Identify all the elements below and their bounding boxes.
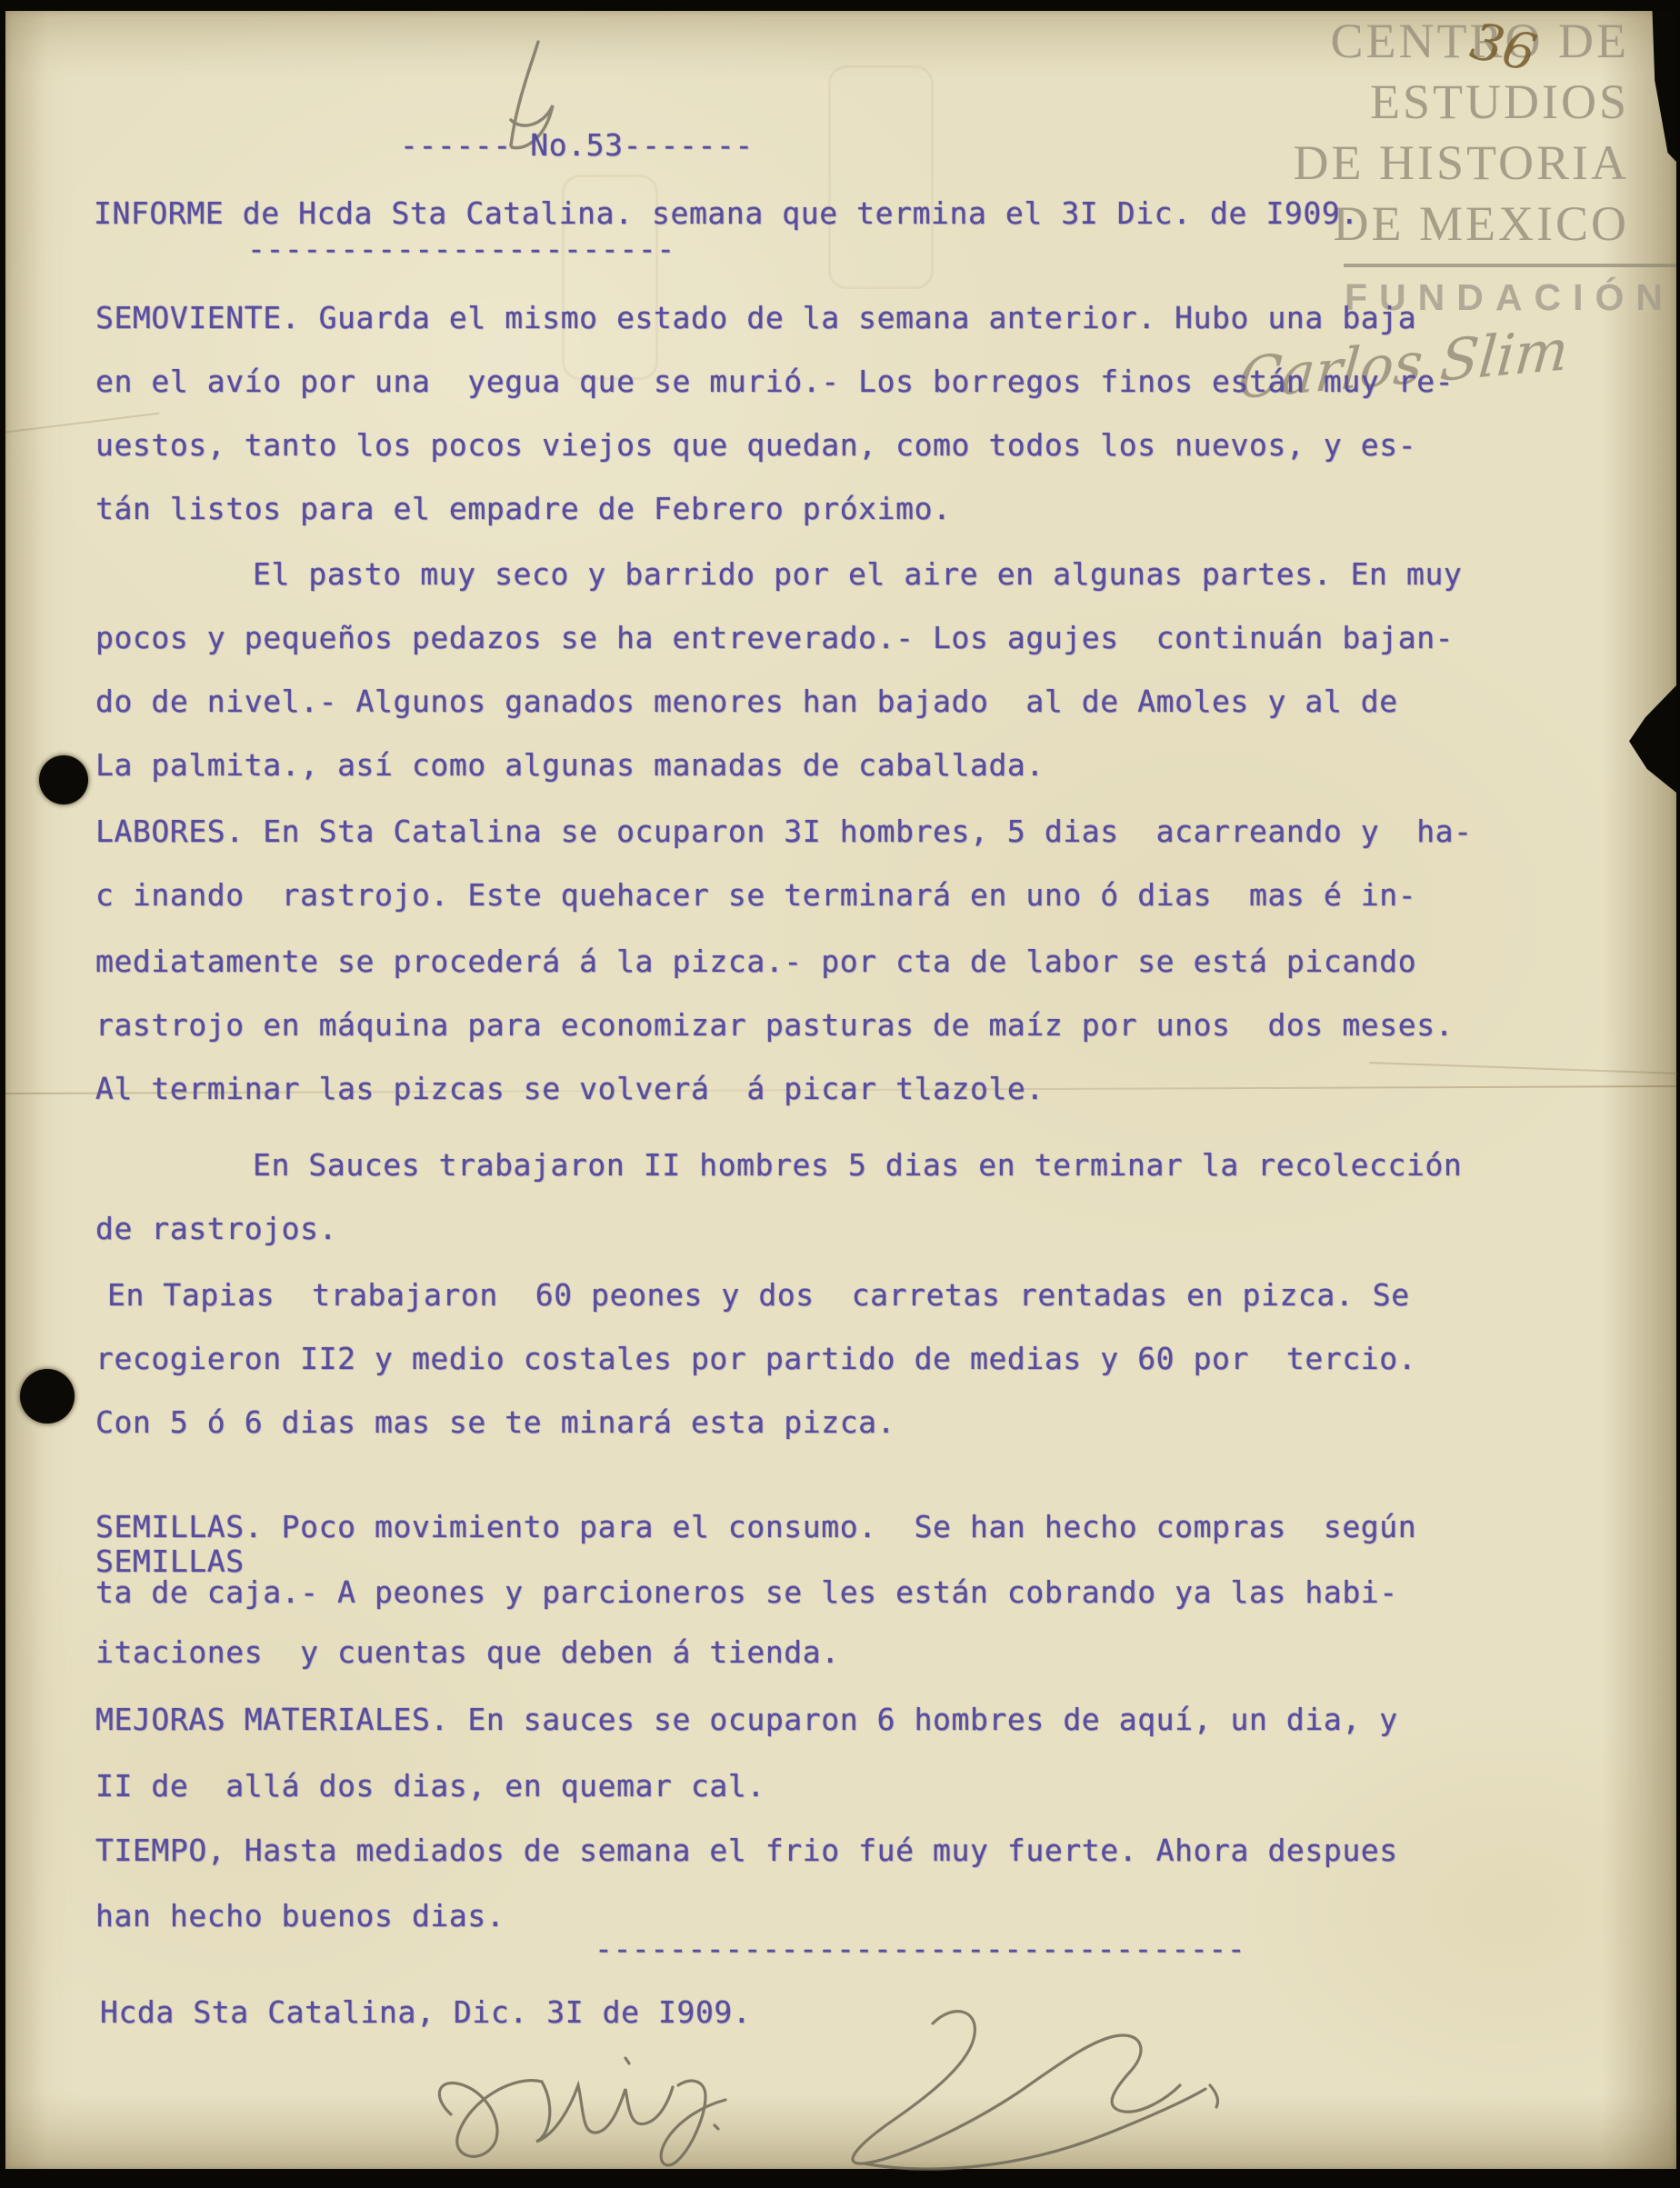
typed-line: de rastrojos. — [95, 1211, 337, 1246]
handwritten-signature — [387, 1998, 1242, 2169]
typed-line: han hecho buenos dias. — [95, 1898, 505, 1933]
watermark-line: DE MEXICO — [1334, 194, 1629, 255]
typed-line: uestos, tanto los pocos viejos que queda… — [95, 427, 1416, 463]
photo-backdrop: CENTRO DE ESTUDIOS DE HISTORIA DE MEXICO… — [0, 0, 1680, 2188]
typed-line: SEMOVIENTE. Guarda el mismo estado de la… — [95, 300, 1416, 335]
typed-line: itaciones y cuentas que deben á tienda. — [95, 1634, 840, 1670]
typed-line: tán listos para el empadre de Febrero pr… — [95, 491, 952, 526]
typed-line: MEJORAS MATERIALES. En sauces se ocuparo… — [95, 1702, 1398, 1737]
title-underline: ----------------------- — [247, 231, 675, 266]
typed-line: En Tapias trabajaron 60 peones y dos car… — [107, 1277, 1410, 1313]
closing-rule: ----------------------------------- — [595, 1931, 1245, 1966]
typed-line: II de allá dos dias, en quemar cal. — [95, 1768, 765, 1803]
typed-line: c inando rastrojo. Este quehacer se term… — [95, 877, 1416, 913]
ghost-stamp — [828, 65, 934, 289]
typed-line: ta de caja.- A peones y parcioneros se l… — [95, 1574, 1398, 1610]
typed-line: Al terminar las pizcas se volverá á pica… — [95, 1071, 1045, 1106]
typed-line: recogieron II2 y medio costales por part… — [95, 1341, 1416, 1376]
typed-line: SEMILLAS. Poco movimiento para el consum… — [95, 1509, 1416, 1544]
typed-line: El pasto muy seco y barrido por el aire … — [253, 556, 1462, 592]
typed-line: LABORES. En Sta Catalina se ocuparon 3I … — [95, 814, 1473, 849]
punch-hole — [39, 755, 88, 804]
typed-line: La palmita., así como algunas manadas de… — [95, 747, 1045, 783]
watermark-line: ESTUDIOS — [1370, 72, 1629, 133]
report-number: ------ No.53------- — [400, 127, 754, 163]
typed-line: do de nivel.- Algunos ganados menores ha… — [95, 684, 1398, 719]
watermark-line: DE HISTORIA — [1294, 133, 1630, 194]
typed-line: En Sauces trabajaron II hombres 5 dias e… — [253, 1147, 1462, 1183]
typed-line: pocos y pequeños pedazos se ha entrevera… — [95, 620, 1454, 655]
torn-corner-shadow — [1645, 11, 1676, 162]
fold-crease — [1369, 1062, 1678, 1074]
watermark-rule — [1344, 264, 1676, 267]
typed-line: Con 5 ó 6 dias mas se te minará esta piz… — [95, 1404, 895, 1440]
document-page: CENTRO DE ESTUDIOS DE HISTORIA DE MEXICO… — [5, 11, 1676, 2169]
typed-line: en el avío por una yegua que se murió.- … — [95, 364, 1454, 399]
report-title: INFORME de Hcda Sta Catalina. semana que… — [94, 195, 1359, 231]
typed-line: TIEMPO, Hasta mediados de semana el frio… — [95, 1833, 1398, 1868]
edge-tear-notch — [1629, 685, 1676, 793]
typed-line: mediatamente se procederá á la pizca.- p… — [95, 944, 1416, 979]
typed-line: rastrojo en máquina para economizar past… — [95, 1007, 1454, 1043]
punch-hole — [20, 1369, 75, 1424]
